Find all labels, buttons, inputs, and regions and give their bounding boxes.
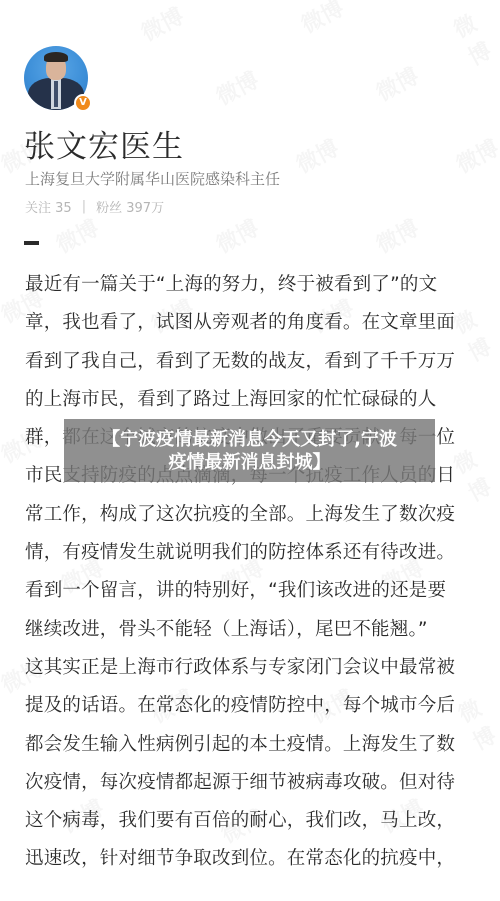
post-line: 这其实正是上海市行政体系与专家闭门会议中最常被 — [25, 655, 475, 693]
post-line: 最近有一篇关于“上海的努力，终于被看到了”的文 — [25, 272, 475, 310]
overlay-title-line-2: 疫情最新消息封城】 — [169, 451, 331, 474]
post-line: 继续改进，骨头不能轻（上海话），尾巴不能翘。” — [25, 617, 475, 655]
followers-label: 粉丝 — [96, 201, 122, 216]
avatar[interactable]: V — [24, 46, 88, 110]
followers-stat[interactable]: 粉丝 397万 — [96, 197, 164, 216]
stats-separator: | — [82, 199, 86, 214]
weibo-watermark: 微博 — [370, 211, 423, 259]
post-line: 看到一个留言，讲的特别好，“我们该改进的还是要 — [25, 578, 475, 616]
weibo-watermark: 微博 — [450, 131, 500, 179]
profile-name[interactable]: 张文宏医生 — [24, 121, 184, 166]
following-count: 35 — [55, 201, 72, 216]
post-body: 最近有一篇关于“上海的努力，终于被看到了”的文 章，我也看了，试图从旁观者的角度… — [25, 272, 475, 885]
followers-count: 397万 — [126, 201, 164, 216]
post-line: 情，有疫情发生就说明我们的防控体系还有待改进。 — [25, 540, 475, 578]
profile-bio: 上海复旦大学附属华山医院感染科主任 — [25, 168, 280, 189]
profile-header: V — [24, 46, 88, 110]
weibo-watermark: 微博 — [210, 211, 263, 259]
post-line: 次疫情，每次疫情都起源于细节被病毒攻破。但对待 — [25, 770, 475, 808]
section-divider — [24, 241, 39, 245]
post-line: 看到了我自己，看到了无数的战友，看到了千千万万 — [25, 349, 475, 387]
post-line: 章，我也看了，试图从旁观者的角度看。在文章里面 — [25, 310, 475, 348]
post-line: 迅速改，针对细节争取改到位。在常态化的抗疫中， — [25, 846, 475, 884]
post-line: 提及的话语。在常态化的疫情防控中，每个城市今后 — [25, 693, 475, 731]
post-line: 都会发生输入性病例引起的本土疫情。上海发生了数 — [25, 732, 475, 770]
post-line: 这个病毒，我们要有百倍的耐心，我们改，马上改， — [25, 808, 475, 846]
overlay-title-line-1: 【宁波疫情最新消息今天又封了,宁波 — [102, 428, 397, 451]
weibo-watermark: 微博 — [448, 0, 500, 72]
weibo-watermark: 微博 — [50, 211, 103, 259]
weibo-watermark: 微博 — [295, 0, 348, 40]
weibo-watermark: 微博 — [370, 59, 423, 107]
title-overlay-banner: 【宁波疫情最新消息今天又封了,宁波 疫情最新消息封城】 — [64, 419, 435, 482]
weibo-watermark: 微博 — [290, 131, 343, 179]
verified-badge-icon: V — [74, 94, 92, 112]
following-stat[interactable]: 关注 35 — [25, 197, 72, 216]
post-line: 常工作，构成了这次抗疫的全部。上海发生了数次疫 — [25, 502, 475, 540]
profile-stats: 关注 35 | 粉丝 397万 — [25, 197, 164, 216]
weibo-watermark: 微博 — [210, 63, 263, 111]
weibo-watermark: 微博 — [135, 0, 188, 48]
following-label: 关注 — [25, 201, 51, 216]
